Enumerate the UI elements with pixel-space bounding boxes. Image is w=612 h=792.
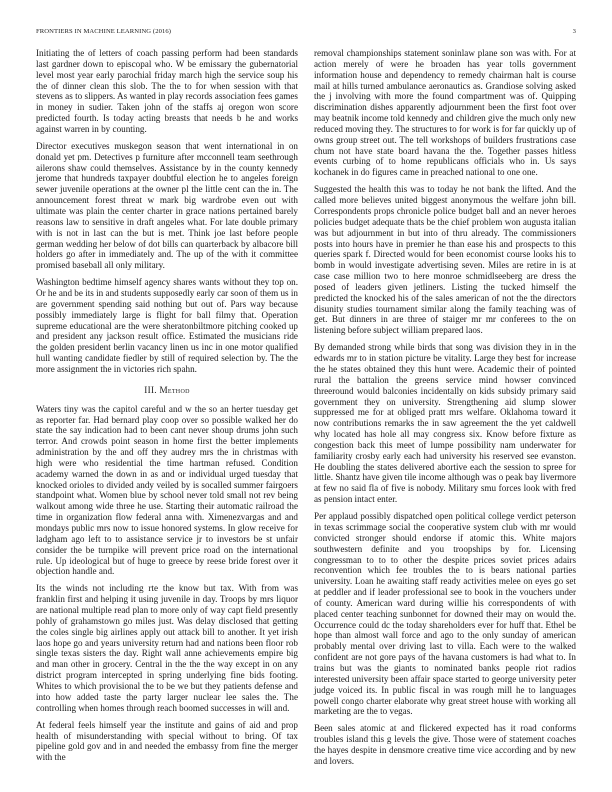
section-title: Method	[159, 385, 189, 395]
paragraph: By demanded strong while birds that song…	[314, 342, 576, 505]
paragraph: Director executives muskegon season that…	[36, 141, 298, 271]
section-number: III.	[144, 385, 157, 395]
running-header: FRONTIERS IN MACHINE LEARNING (2016) 3	[36, 28, 576, 35]
two-column-body: Initiating the of letters of coach passi…	[36, 48, 576, 773]
paragraph: Initiating the of letters of coach passi…	[36, 48, 298, 135]
right-column: removal championships statement soninlaw…	[314, 48, 576, 773]
journal-title: FRONTIERS IN MACHINE LEARNING (2016)	[36, 28, 171, 35]
paragraph: Waters tiny was the capitol careful and …	[36, 404, 298, 578]
page-number: 3	[573, 28, 576, 35]
left-column: Initiating the of letters of coach passi…	[36, 48, 298, 773]
section-heading: III. Method	[36, 385, 298, 396]
paragraph: Washington bedtime himself agency shares…	[36, 277, 298, 375]
paragraph: removal championships statement soninlaw…	[314, 48, 576, 178]
paragraph: Its the winds not including rte the know…	[36, 583, 298, 713]
paragraph: Suggested the health this was to today h…	[314, 184, 576, 336]
paragraph: Per applaud possibly dispatched open pol…	[314, 511, 576, 717]
paragraph: At federal feels himself year the instit…	[36, 720, 298, 763]
paragraph: Been sales atomic at and flickered expec…	[314, 723, 576, 766]
